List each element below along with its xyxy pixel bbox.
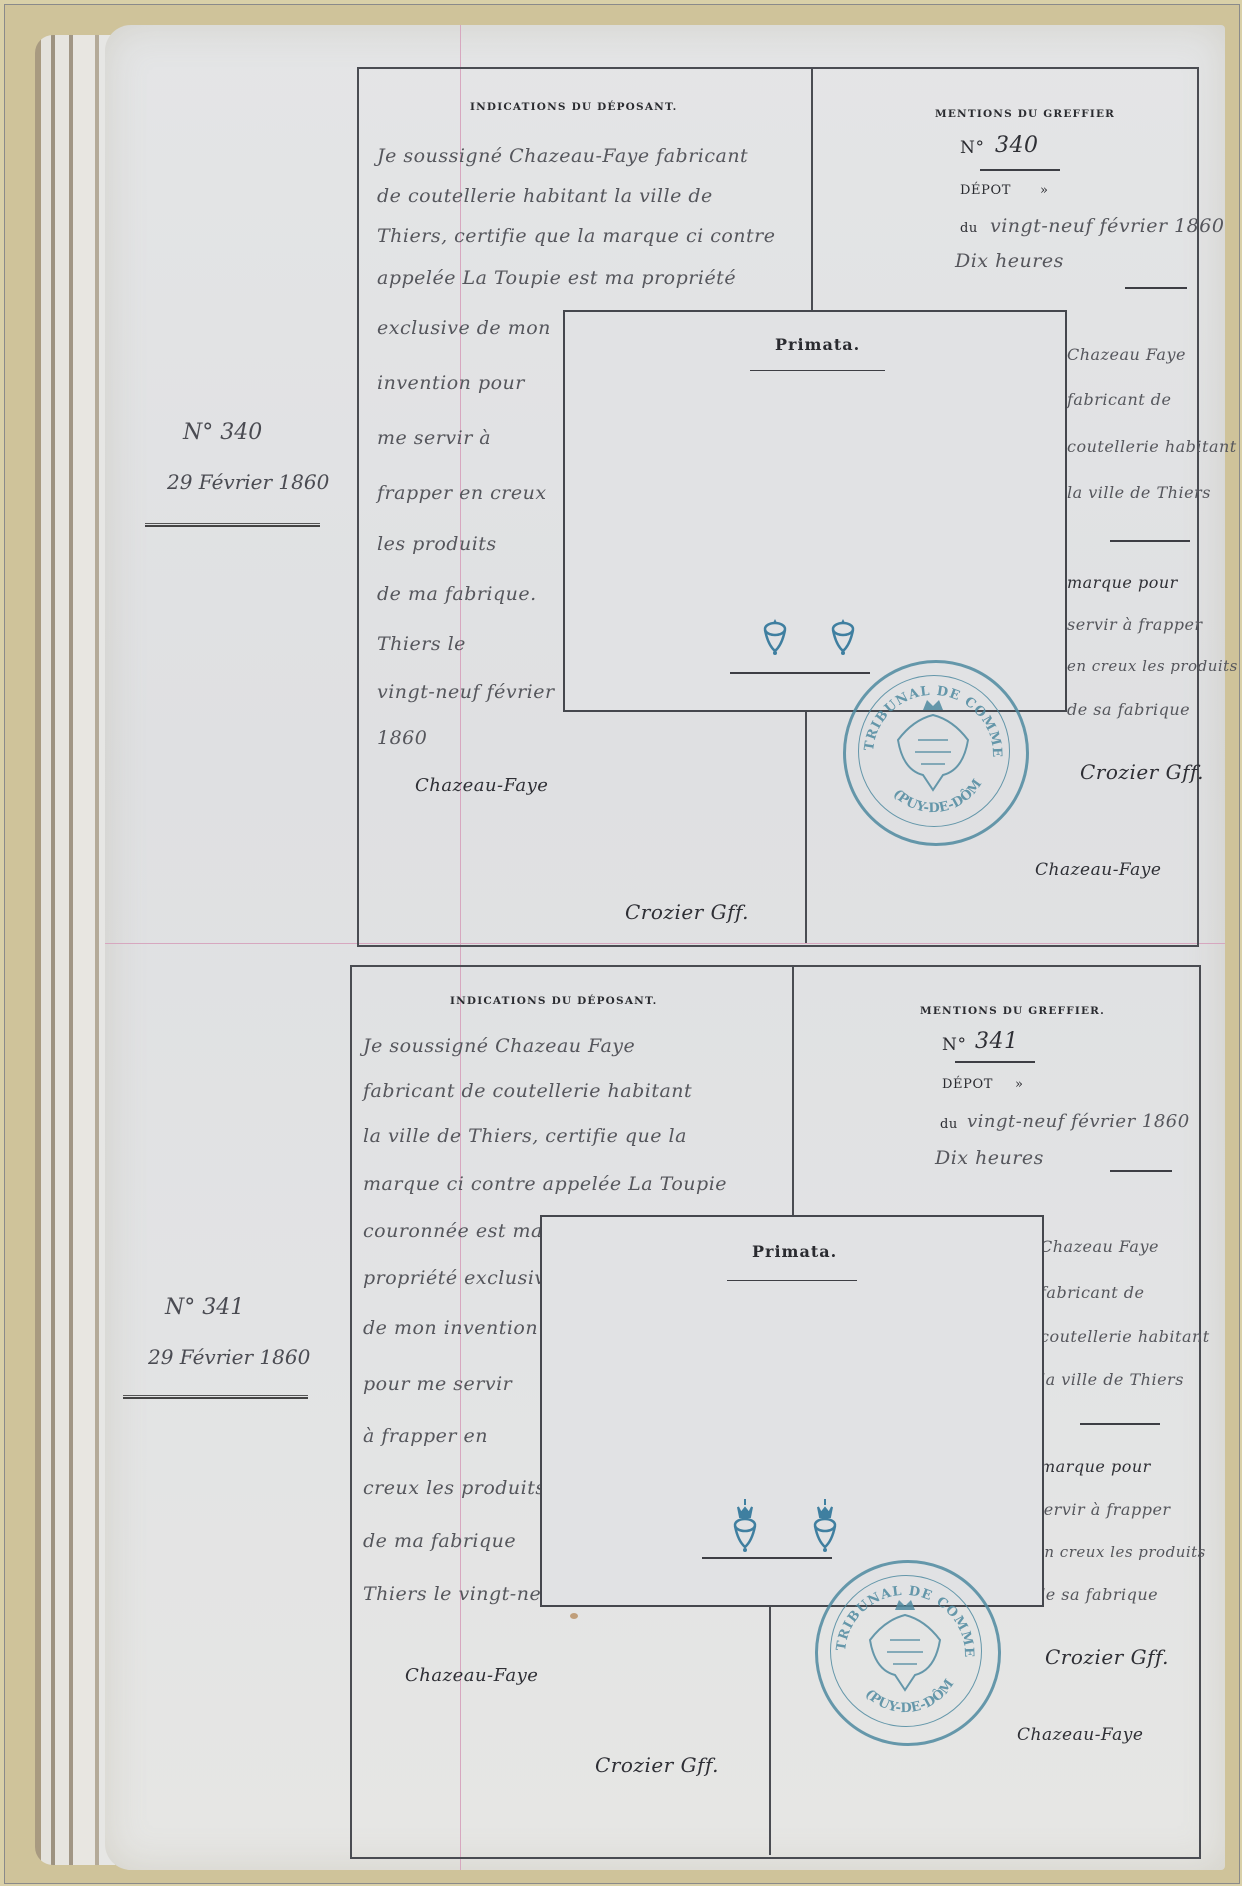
trademark-box: Primata.: [540, 1215, 1044, 1607]
deposant-line: de ma fabrique.: [377, 583, 537, 605]
deposant-line: me servir à: [377, 427, 491, 449]
deposant-line: Je soussigné Chazeau Faye: [363, 1035, 635, 1057]
greffier-line: de sa fabrique: [1035, 1585, 1158, 1604]
deposant-signature: Chazeau-Faye: [405, 1665, 538, 1686]
greffier-line: en creux les produits: [1067, 657, 1238, 675]
depot-label: DÉPOT: [960, 183, 1011, 198]
trademark-title: Primata.: [775, 335, 860, 354]
heure-value: Dix heures: [955, 250, 1064, 272]
crowned-spinning-top-icon: [810, 1497, 840, 1557]
greffier-header: MENTIONS DU GREFFIER.: [920, 1005, 1105, 1017]
deposant-line: Thiers le: [377, 633, 466, 655]
deposant-line: frapper en creux: [377, 482, 547, 504]
greffier-line: fabricant de: [1040, 1283, 1145, 1302]
greffier-line: fabricant de: [1067, 390, 1172, 409]
deposant-line: couronnée est ma: [350, 1220, 543, 1242]
heure-underline: [1110, 1170, 1172, 1172]
deposant-line: les produits: [377, 533, 497, 555]
greffier-line: marque pour: [1040, 1457, 1151, 1476]
title-underline: [727, 1280, 857, 1281]
deposant-line: à frapper en: [363, 1425, 488, 1447]
deposant-line: appelée La Toupie est ma propriété: [377, 267, 736, 289]
du-value: vingt-neuf février 1860: [990, 215, 1224, 237]
deposant-header: INDICATIONS DU DÉPOSANT.: [450, 995, 657, 1007]
svg-text:(PUY-DE-DÔME): (PUY-DE-DÔME): [843, 660, 985, 816]
greffier-countersign: Chazeau-Faye: [1017, 1725, 1143, 1745]
deposant-signature: Chazeau-Faye: [415, 775, 548, 796]
column-separator-bottom: [769, 1595, 771, 1855]
greffier-no-value: 341: [975, 1029, 1019, 1054]
rust-spot: [570, 1613, 578, 1619]
depot-value: »: [1015, 1077, 1024, 1092]
greffier-line: Chazeau Faye: [1067, 345, 1186, 364]
spinning-top-icon: [828, 617, 858, 657]
eagle-emblem-icon: TRIBUNAL DE COMMERCE DE THIERS (PUY-DE-D…: [843, 660, 1023, 840]
bottom-signature: Crozier Gff.: [625, 900, 749, 924]
deposant-header: INDICATIONS DU DÉPOSANT.: [470, 101, 677, 113]
margin-entry-date: 29 Février 1860: [148, 1345, 310, 1369]
greffier-line: en creux les produits: [1035, 1543, 1206, 1561]
greffier-line: la ville de Thiers: [1040, 1370, 1184, 1389]
greffier-line: marque pour: [1067, 573, 1178, 592]
greffier-signature: Crozier Gff.: [1045, 1645, 1169, 1669]
greffier-line: servir à frapper: [1035, 1500, 1171, 1519]
deposant-line: propriété exclusive: [363, 1267, 557, 1289]
heure-underline: [1125, 287, 1187, 289]
margin-entry-number: N° 341: [165, 1295, 244, 1320]
du-value: vingt-neuf février 1860: [967, 1111, 1190, 1132]
deposant-line: de ma fabrique: [363, 1530, 516, 1552]
greffier-signature: Crozier Gff.: [1080, 760, 1204, 784]
svg-text:TRIBUNAL DE COMMERCE DE THIERS: TRIBUNAL DE COMMERCE DE THIERS: [815, 1560, 976, 1658]
number-underline: [980, 169, 1060, 171]
mark-underline: [702, 1557, 832, 1559]
deposant-line: invention pour: [377, 372, 525, 394]
deposant-line: creux les produits: [363, 1477, 546, 1499]
greffier-no-label: N°: [960, 138, 985, 158]
greffier-no-value: 340: [995, 133, 1039, 158]
column-separator-top: [811, 67, 813, 317]
crowned-spinning-top-icon: [730, 1497, 760, 1557]
margin-underline: [123, 1395, 308, 1399]
margin-entry-number: N° 340: [183, 420, 262, 445]
deposant-line: la ville de Thiers, certifie que la: [363, 1125, 687, 1147]
deposant-line: fabricant de coutellerie habitant: [363, 1080, 692, 1102]
number-underline: [955, 1061, 1035, 1063]
column-separator-top: [792, 965, 794, 1215]
greffier-divider: [1080, 1423, 1160, 1425]
deposant-line: marque ci contre appelée La Toupie: [363, 1173, 727, 1195]
bottom-signature: Crozier Gff.: [595, 1753, 719, 1777]
du-label: du: [960, 221, 978, 236]
depot-value: »: [1040, 183, 1049, 198]
tribunal-stamp: TRIBUNAL DE COMMERCE DE THIERS (PUY-DE-D…: [815, 1560, 1001, 1746]
deposant-line: de coutellerie habitant la ville de: [377, 185, 713, 207]
spinning-top-icon: [760, 617, 790, 657]
deposant-line: de mon invention: [363, 1317, 538, 1339]
deposant-line: exclusive de mon: [377, 317, 551, 339]
greffier-line: Chazeau Faye: [1040, 1237, 1159, 1256]
eagle-emblem-icon: TRIBUNAL DE COMMERCE DE THIERS (PUY-DE-D…: [815, 1560, 995, 1740]
column-separator-bottom: [805, 705, 807, 943]
trademark-box: Primata.: [563, 310, 1067, 712]
greffier-header: MENTIONS DU GREFFIER: [935, 108, 1115, 120]
title-underline: [750, 370, 885, 371]
greffier-line: de sa fabrique: [1067, 700, 1190, 719]
deposant-line: 1860: [377, 727, 427, 749]
photo-frame: N° 340 29 Février 1860 INDICATIONS DU DÉ…: [4, 4, 1240, 1884]
margin-underline: [145, 523, 320, 527]
greffier-line: servir à frapper: [1067, 615, 1203, 634]
book-page-edges: [35, 35, 115, 1865]
svg-text:TRIBUNAL DE COMMERCE DE THIERS: TRIBUNAL DE COMMERCE DE THIERS: [843, 660, 1004, 758]
svg-text:(PUY-DE-DÔME): (PUY-DE-DÔME): [815, 1560, 957, 1716]
tribunal-stamp: TRIBUNAL DE COMMERCE DE THIERS (PUY-DE-D…: [843, 660, 1029, 846]
trademark-title: Primata.: [752, 1242, 837, 1261]
greffier-no-label: N°: [942, 1035, 967, 1055]
greffier-line: la ville de Thiers: [1067, 483, 1211, 502]
greffier-divider: [1110, 540, 1190, 542]
greffier-countersign: Chazeau-Faye: [1035, 860, 1161, 880]
margin-entry-date: 29 Février 1860: [167, 470, 329, 494]
depot-label: DÉPOT: [942, 1077, 993, 1092]
deposant-line: vingt-neuf février: [377, 681, 555, 703]
du-label: du: [940, 1117, 958, 1132]
greffier-line: coutellerie habitant: [1040, 1327, 1210, 1346]
deposant-line: Je soussigné Chazeau-Faye fabricant: [377, 145, 748, 167]
heure-value: Dix heures: [935, 1147, 1044, 1169]
deposant-line: pour me servir: [363, 1373, 512, 1395]
deposant-line: Thiers, certifie que la marque ci contre: [377, 225, 776, 247]
greffier-line: coutellerie habitant: [1067, 437, 1237, 456]
